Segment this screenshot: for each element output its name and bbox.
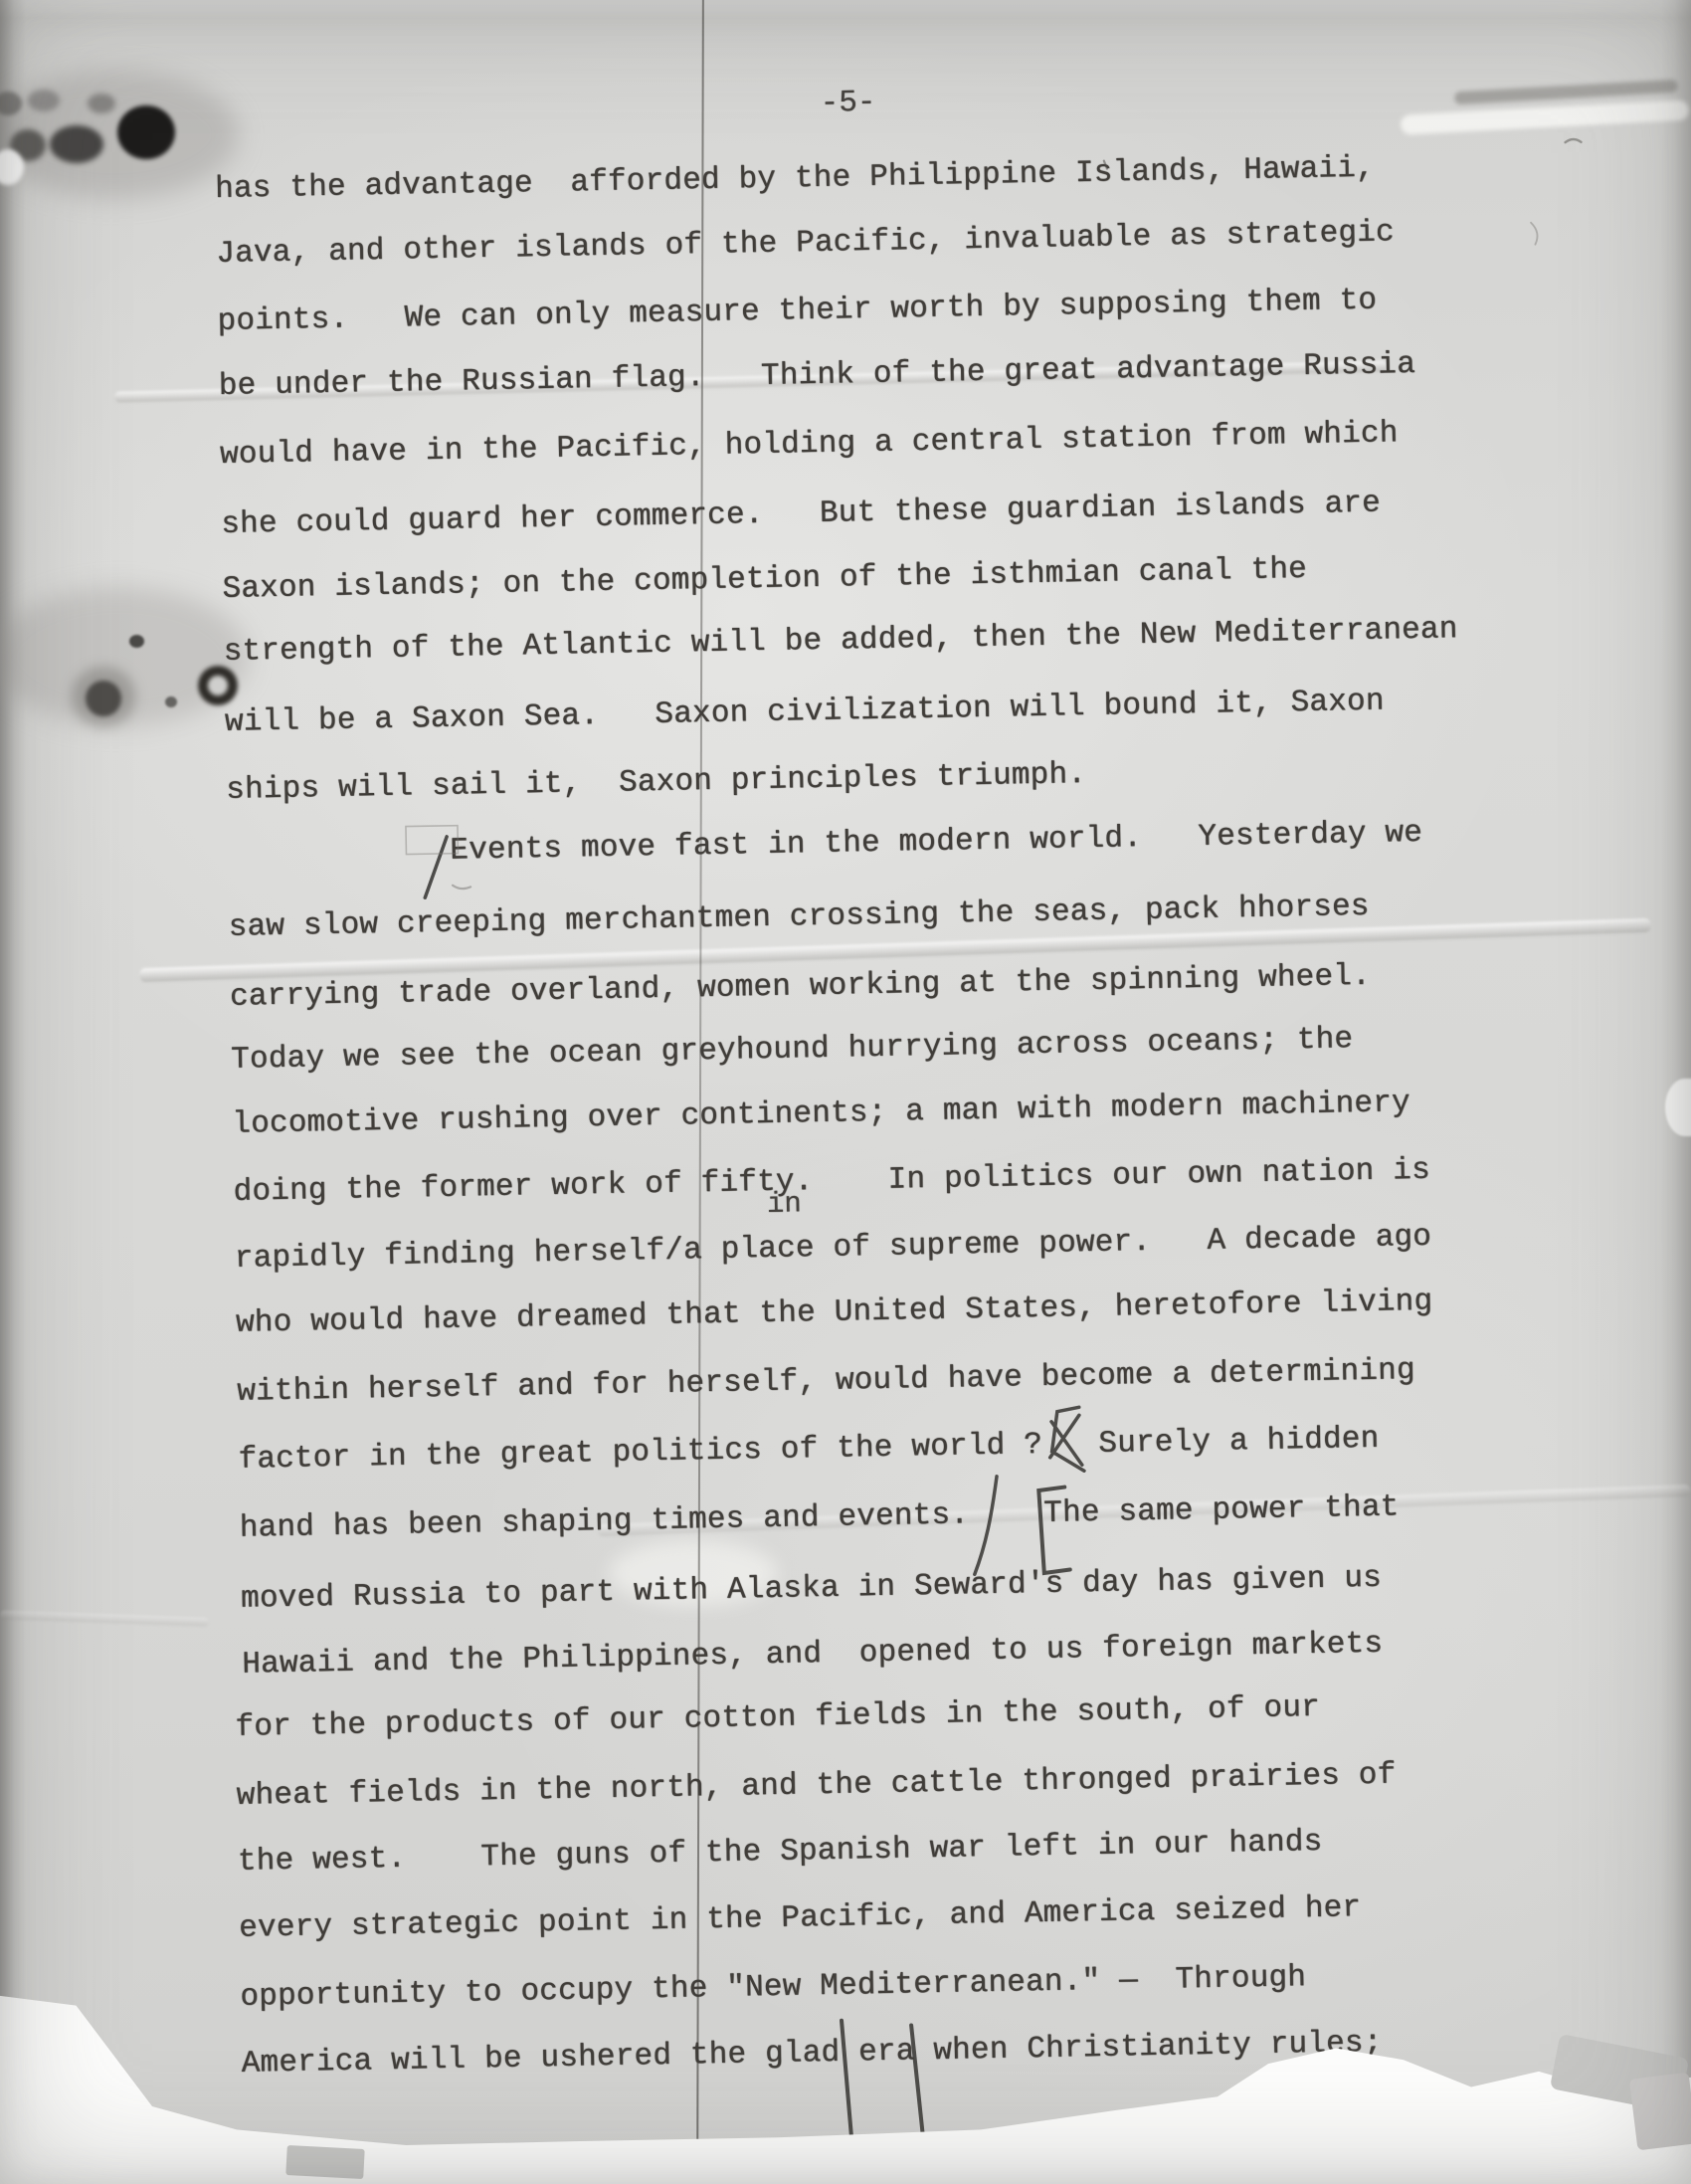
typed-line: carrying trade overland, women working a… — [230, 958, 1371, 1014]
pencil-scratch — [1531, 223, 1538, 245]
typed-line: Events move fast in the modern world. Ye… — [450, 816, 1422, 869]
typed-line: for the products of our cotton fields in… — [235, 1690, 1320, 1745]
typed-text-layer: -5- has the advantage afforded by the Ph… — [0, 0, 1691, 2184]
typed-lines: has the advantage afforded by the Philip… — [0, 0, 1687, 4]
typed-line: will be a Saxon Sea. Saxon civilization … — [225, 685, 1385, 740]
handwritten-caret-slash — [424, 837, 448, 897]
typed-line: would have in the Pacific, holding a cen… — [220, 416, 1399, 473]
interline-insertion: in — [767, 1187, 802, 1221]
typed-line: has the advantage afforded by the Philip… — [215, 151, 1375, 207]
typed-line: Today we see the ocean greyhound hurryin… — [231, 1022, 1354, 1078]
typed-line: strength of the Atlantic will be added, … — [223, 612, 1457, 670]
typed-line: factor in the great politics of the worl… — [238, 1421, 1379, 1477]
typed-line: locomotive rushing over continents; a ma… — [232, 1086, 1410, 1142]
typed-line: she could guard her commerce. But these … — [221, 486, 1381, 541]
typed-line: saw slow creeping merchantmen crossing t… — [228, 890, 1369, 945]
torn-paper-flap — [1629, 2073, 1691, 2151]
typed-line: who would have dreamed that the United S… — [236, 1285, 1433, 1341]
typed-line: moved Russia to part with Alaska in Sewa… — [241, 1561, 1382, 1617]
pencil-tilde — [1565, 139, 1581, 142]
typed-line: the west. The guns of the Spanish war le… — [238, 1824, 1323, 1879]
typed-line: within herself and for herself, would ha… — [237, 1353, 1415, 1410]
typed-line: Hawaii and the Philippines, and opened t… — [242, 1626, 1383, 1682]
typed-line: ships will sail it, Saxon principles tri… — [226, 757, 1086, 808]
typed-line: America will be ushered the glad era whe… — [241, 2026, 1382, 2082]
pencil-squiggle — [453, 885, 470, 889]
scanned-typescript-page: -5- has the advantage afforded by the Ph… — [0, 0, 1691, 2184]
page-number: -5- — [820, 86, 875, 121]
typed-line: be under the Russian flag. Think of the … — [218, 347, 1415, 404]
typed-line: doing the former work of fifty. In polit… — [233, 1152, 1430, 1209]
typed-line: every strategic point in the Pacific, an… — [239, 1890, 1362, 1946]
typed-line: hand has been shaping times and events. … — [240, 1489, 1400, 1545]
typed-line: Java, and other islands of the Pacific, … — [216, 216, 1395, 273]
typed-line: points. We can only measure their worth … — [217, 283, 1377, 338]
typed-line: Saxon islands; on the completion of the … — [222, 552, 1307, 607]
typed-line: wheat fields in the north, and the cattl… — [236, 1758, 1396, 1814]
typed-line: opportunity to occupy the "New Mediterra… — [240, 1960, 1306, 2015]
typed-line: rapidly finding herself/a place of supre… — [235, 1220, 1432, 1277]
